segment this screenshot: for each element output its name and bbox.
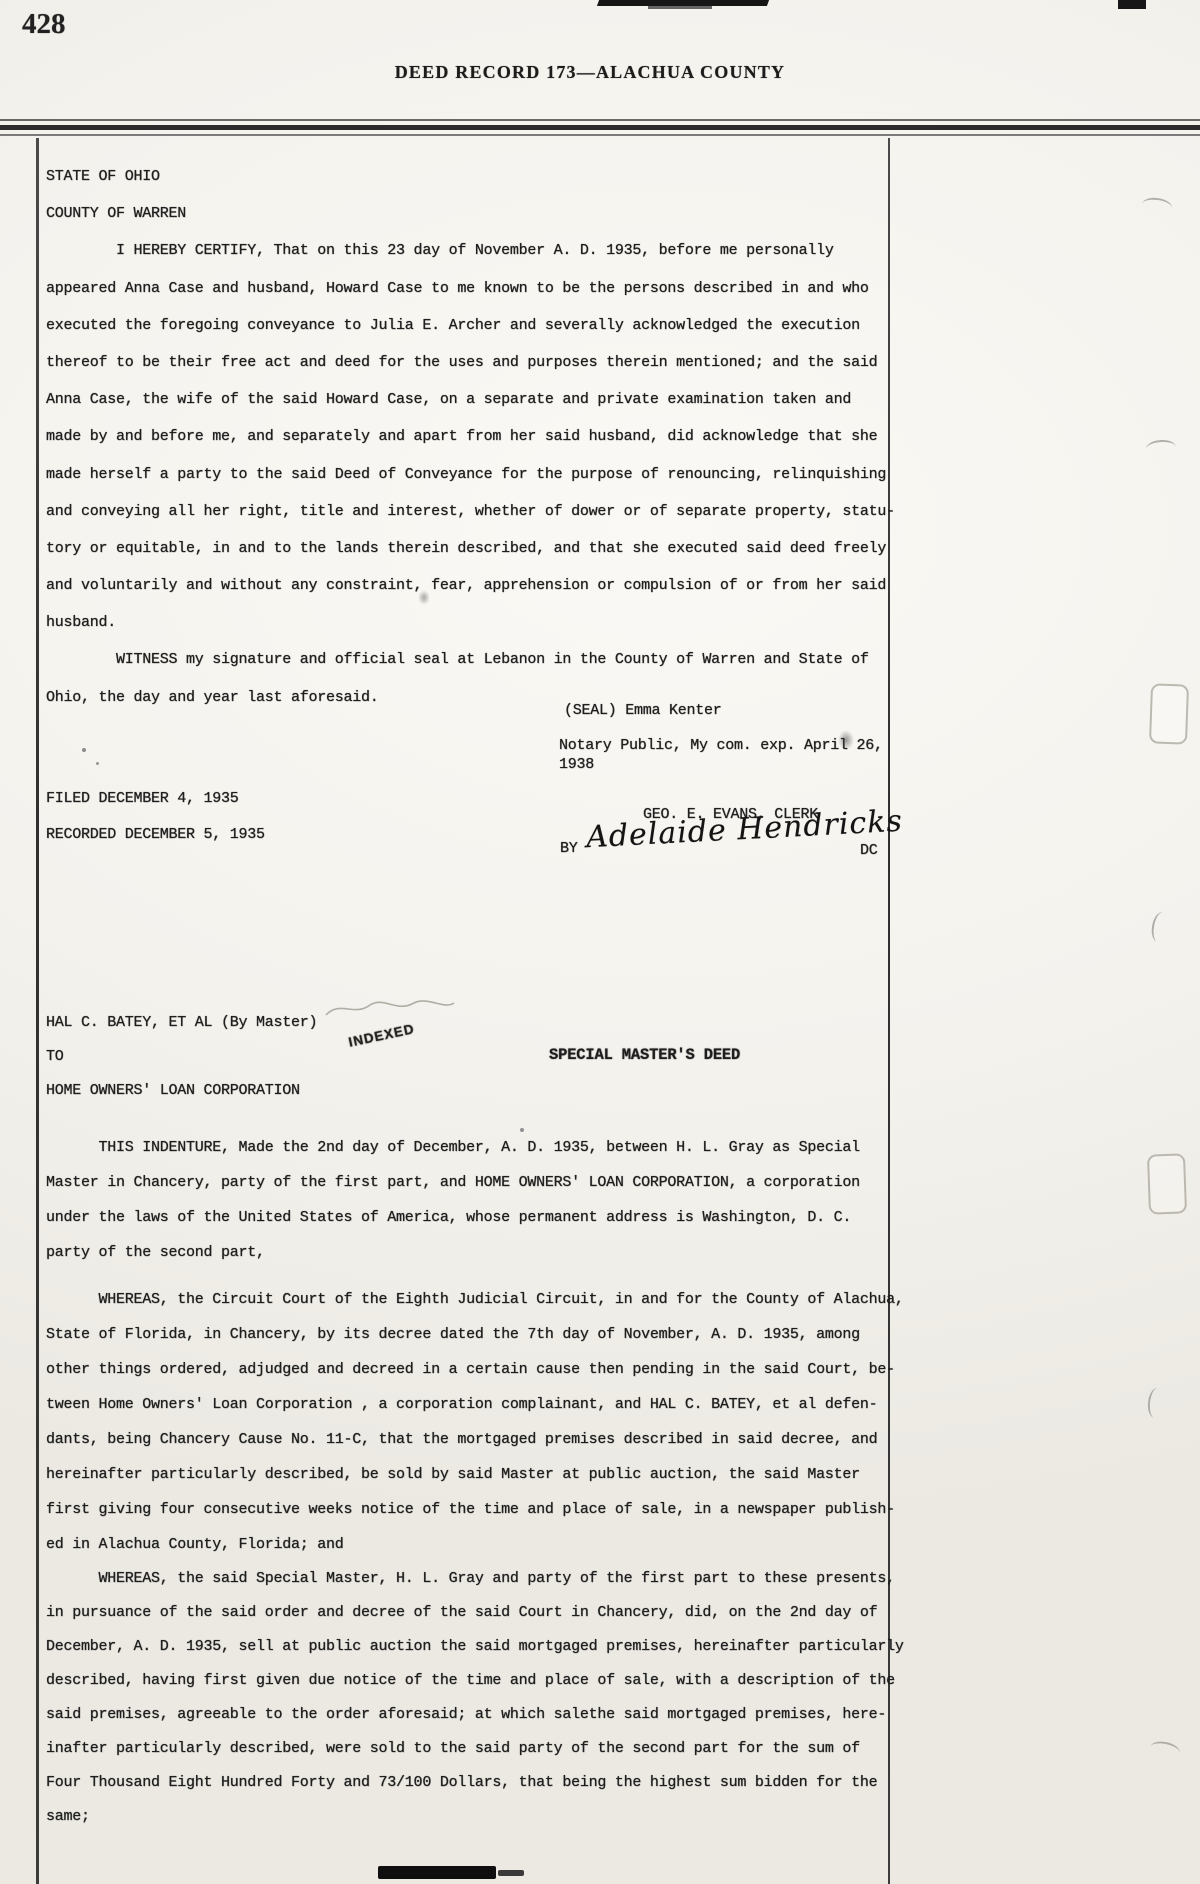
- book-header: DEED RECORD 173—ALACHUA COUNTY: [0, 62, 1180, 83]
- text-line: first giving four consecutive weeks noti…: [46, 1492, 904, 1527]
- notary-certificate-body: STATE OF OHIOCOUNTY OF WARREN I HEREBY C…: [46, 158, 895, 716]
- text-line: described, having first given due notice…: [46, 1664, 904, 1698]
- text-line: I HEREBY CERTIFY, That on this 23 day of…: [46, 232, 895, 269]
- whereas-sale-paragraph: WHEREAS, the said Special Master, H. L. …: [46, 1562, 904, 1834]
- scan-dot-1: [82, 748, 86, 752]
- notary-commission-line: Notary Public, My com. exp. April 26,: [559, 737, 883, 754]
- header-rule-thin-bottom: [0, 134, 1200, 136]
- grantor-caption: HAL C. BATEY, ET AL (By Master): [46, 1014, 317, 1031]
- header-rule-thick: [0, 125, 1200, 130]
- text-line: December, A. D. 1935, sell at public auc…: [46, 1630, 904, 1664]
- scan-smudge-top-3: [1118, 0, 1146, 9]
- page-number: 428: [22, 8, 66, 41]
- text-line: WHEREAS, the Circuit Court of the Eighth…: [46, 1282, 904, 1317]
- text-line: COUNTY OF WARREN: [46, 195, 895, 232]
- text-line: under the laws of the United States of A…: [46, 1200, 860, 1235]
- text-line: tween Home Owners' Loan Corporation , a …: [46, 1387, 904, 1422]
- left-margin-rule: [36, 138, 39, 1884]
- scan-ink-bar: [378, 1866, 496, 1879]
- text-line: husband.: [46, 604, 895, 641]
- scan-arc-3: [1150, 911, 1171, 943]
- text-line: State of Florida, in Chancery, by its de…: [46, 1317, 904, 1352]
- to-label: TO: [46, 1048, 64, 1065]
- scan-dot-3: [520, 1128, 524, 1132]
- text-line: tory or equitable, in and to the lands t…: [46, 530, 895, 567]
- text-line: ed in Alachua County, Florida; and: [46, 1527, 904, 1562]
- text-line: other things ordered, adjudged and decre…: [46, 1352, 904, 1387]
- text-line: Four Thousand Eight Hundred Forty and 73…: [46, 1766, 904, 1800]
- instrument-title: SPECIAL MASTER'S DEED: [549, 1046, 740, 1064]
- text-line: WITNESS my signature and official seal a…: [46, 641, 895, 678]
- text-line: same;: [46, 1800, 904, 1834]
- text-line: appeared Anna Case and husband, Howard C…: [46, 270, 895, 307]
- scan-hole-ghost-1: [1149, 683, 1189, 744]
- text-line: executed the foregoing conveyance to Jul…: [46, 307, 895, 344]
- whereas-decree-paragraph: WHEREAS, the Circuit Court of the Eighth…: [46, 1282, 904, 1562]
- text-line: said premises, agreeable to the order af…: [46, 1698, 904, 1732]
- scan-blob-2: [418, 590, 430, 605]
- scan-arc-2: [1145, 439, 1176, 457]
- seal-line: (SEAL) Emma Kenter: [564, 702, 722, 719]
- pencil-scribble: [320, 996, 460, 1022]
- deed-record-scan-page: 428 DEED RECORD 173—ALACHUA COUNTY STATE…: [0, 0, 1200, 1884]
- notary-commission-year: 1938: [559, 756, 594, 773]
- text-line: STATE OF OHIO: [46, 158, 895, 195]
- text-line: and voluntarily and without any constrai…: [46, 567, 895, 604]
- scan-arc-1: [1141, 196, 1173, 216]
- text-line: THIS INDENTURE, Made the 2nd day of Dece…: [46, 1130, 860, 1165]
- text-line: made by and before me, and separately an…: [46, 418, 895, 455]
- scan-arc-5: [1149, 1739, 1182, 1761]
- text-line: made herself a party to the said Deed of…: [46, 456, 895, 493]
- clerk-signature: Adelaide Hendricks: [585, 804, 903, 856]
- scan-arc-4: [1146, 1387, 1165, 1419]
- text-line: Master in Chancery, party of the first p…: [46, 1165, 860, 1200]
- text-line: WHEREAS, the said Special Master, H. L. …: [46, 1562, 904, 1596]
- text-line: party of the second part,: [46, 1235, 860, 1270]
- text-line: hereinafter particularly described, be s…: [46, 1457, 904, 1492]
- filed-date-line: FILED DECEMBER 4, 1935: [46, 790, 239, 807]
- indexed-stamp: INDEXED: [347, 1021, 416, 1050]
- text-line: Ohio, the day and year last aforesaid.: [46, 679, 895, 716]
- by-label: BY: [560, 840, 578, 857]
- text-line: and conveying all her right, title and i…: [46, 493, 895, 530]
- text-line: dants, being Chancery Cause No. 11-C, th…: [46, 1422, 904, 1457]
- scan-smudge-top-2: [648, 6, 712, 9]
- scan-hole-ghost-2: [1147, 1153, 1187, 1214]
- text-line: thereof to be their free act and deed fo…: [46, 344, 895, 381]
- text-line: in pursuance of the said order and decre…: [46, 1596, 904, 1630]
- indenture-paragraph: THIS INDENTURE, Made the 2nd day of Dece…: [46, 1130, 860, 1270]
- scan-ink-bar-tail: [498, 1870, 524, 1876]
- scan-dot-2: [96, 762, 99, 765]
- text-line: inafter particularly described, were sol…: [46, 1732, 904, 1766]
- header-rule-thin-top: [0, 119, 1200, 121]
- deputy-clerk-initials: DC: [860, 842, 878, 859]
- scan-blob-1: [838, 730, 854, 750]
- text-line: Anna Case, the wife of the said Howard C…: [46, 381, 895, 418]
- recorded-date-line: RECORDED DECEMBER 5, 1935: [46, 826, 265, 843]
- grantee-caption: HOME OWNERS' LOAN CORPORATION: [46, 1082, 300, 1099]
